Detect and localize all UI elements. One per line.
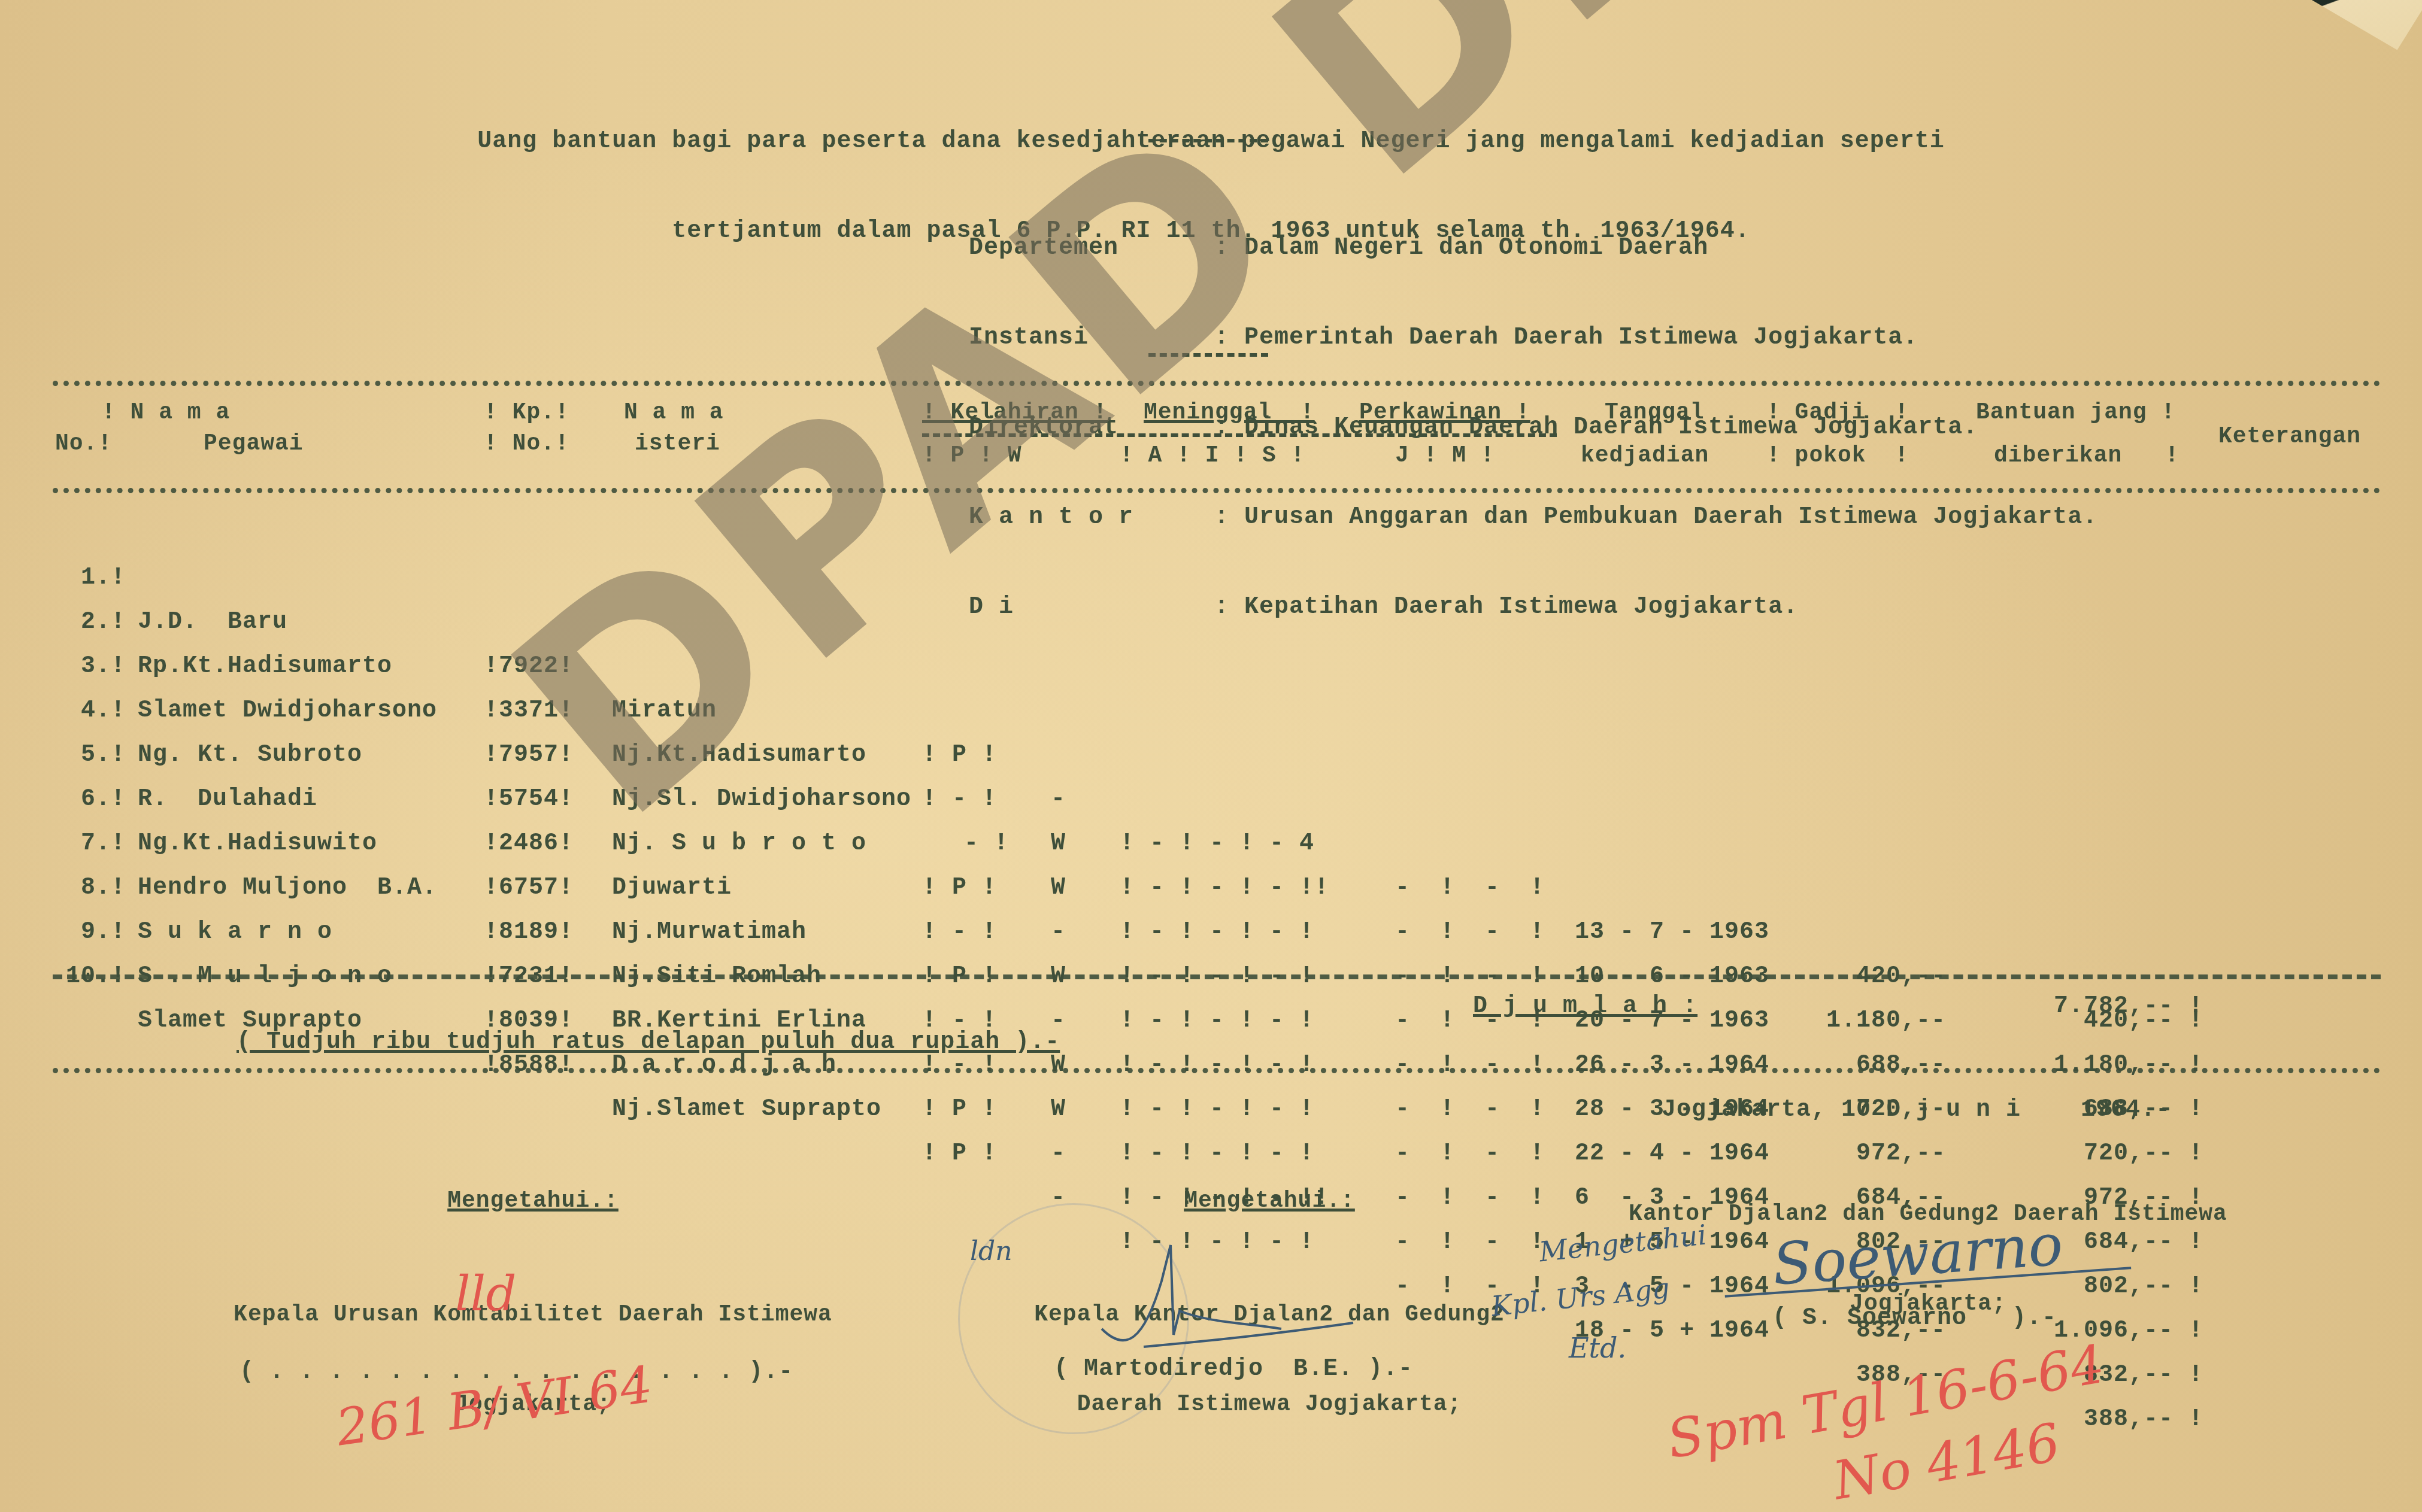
meta-row-departemen: Departemen : Dalam Negeri dan Otonomi Da… bbox=[969, 233, 2097, 263]
table-row: 4.! Ng. Kt. Subroto !5754! Nj. S u b r o… bbox=[0, 645, 2422, 689]
meta-value: : Pemerintah Daerah Daerah Istimewa Jogj… bbox=[1214, 323, 1918, 353]
table-row: 9.! S . M u l j o n o !8039! D a r o d j… bbox=[0, 866, 2422, 910]
header-nama-isteri-1: N a m a bbox=[624, 398, 724, 428]
header-sub-perkawinan: J ! M ! bbox=[1395, 441, 1495, 471]
header-meninggal: Meninggal ! bbox=[1144, 398, 1315, 428]
left-heading: Mengetahui.: bbox=[150, 1186, 916, 1216]
cell-kelahiran-w: W bbox=[1051, 1088, 1066, 1132]
meta-row-instansi: Instansi : Pemerintah Daerah Daerah Isti… bbox=[969, 323, 2097, 353]
place-date: Jogjakarta, 10 D j u n i 1964.- bbox=[1662, 1095, 2171, 1125]
table-bottom-rule bbox=[53, 974, 2381, 979]
right-handwritten-note-3: Etd. bbox=[1569, 1332, 1626, 1364]
middle-signature-icon bbox=[1090, 1239, 1365, 1353]
header-nama-isteri-2: isteri bbox=[635, 429, 720, 459]
middle-name: ( Martodiredjo B.E. ).- bbox=[1054, 1356, 1413, 1383]
header-keterangan: Keterangan bbox=[2218, 422, 2361, 452]
meta-label: Departemen bbox=[969, 233, 1214, 263]
cell-meninggal: ! - ! - ! - ! bbox=[1120, 1088, 1314, 1132]
header-gadji-1: ! Gadji ! bbox=[1766, 398, 1909, 428]
cell-meninggal: ! - ! - ! - ! bbox=[1120, 999, 1314, 1043]
table-top-rule bbox=[53, 381, 2381, 386]
total-in-words: ( Tudjuh ribu tudjuh ratus delapan puluh… bbox=[237, 1025, 1060, 1061]
cell-gadji: 1.180,-- bbox=[1772, 999, 1946, 1043]
header-kelahiran: ! Kelahiran ! bbox=[922, 398, 1107, 428]
table-row: 8.! S u k a r n o !7231! BR.Kertini Erli… bbox=[0, 822, 2422, 866]
totals-bottom-rule bbox=[53, 1068, 2381, 1073]
cell-kelahiran-p: ! P ! bbox=[922, 1088, 997, 1132]
header-perkawinan: Perkawinan ! bbox=[1359, 398, 1530, 428]
header-gadji-2: ! pokok ! bbox=[1766, 441, 1909, 471]
left-title-line-1: Kepala Urusan Komtabilitet Daerah Istime… bbox=[150, 1300, 916, 1330]
middle-title-line-2: Daerah Istimewa Jogjakarta; bbox=[970, 1390, 1569, 1420]
meta-divider bbox=[1148, 353, 1268, 357]
header-sub-kelahiran: ! P ! W bbox=[922, 441, 1022, 471]
header-kp-2: ! No.! bbox=[484, 429, 569, 459]
header-bantuan-1: Bantuan jang ! bbox=[1976, 398, 2175, 428]
table-row: 3.! Slamet Dwidjoharsono !7957! Nj.Sl. D… bbox=[0, 600, 2422, 645]
table-row: 10.! Slamet Suprapto !8588! Nj.Slamet Su… bbox=[0, 910, 2422, 955]
cell-tanggal: 26 - 3 - 1964 bbox=[1575, 1043, 1769, 1088]
cell-gadji: 688,-- bbox=[1772, 1043, 1946, 1088]
middle-initials-handwritten: ldn bbox=[970, 1236, 1013, 1267]
header-bantuan-2: diberikan ! bbox=[1994, 441, 2179, 471]
table-row: 2.! Rp.Kt.Hadisumarto !3371! Nj.Kt.Hadis… bbox=[0, 556, 2422, 600]
total-label: D j u m l a h : bbox=[1473, 989, 1697, 1025]
header-tanggal-2: kedjadian bbox=[1581, 441, 1709, 471]
cell-perkawinan: - ! - ! bbox=[1395, 1088, 1545, 1132]
table-row: 6.! Ng.Kt.Hadisuwito !6757! Nj.Murwatima… bbox=[0, 733, 2422, 778]
header-no: No.! bbox=[55, 429, 112, 459]
cell-perkawinan: - ! - ! bbox=[1395, 1043, 1545, 1088]
table-row: 7.! Hendro Muljono B.A. !8189! Nj.Siti R… bbox=[0, 778, 2422, 822]
header-nama-pegawai-1: ! N a m a bbox=[102, 398, 230, 428]
cell-isteri: Nj.Slamet Suprapto bbox=[612, 1088, 881, 1132]
header-nama-pegawai-2: Pegawai bbox=[204, 429, 304, 459]
meta-label: Instansi bbox=[969, 323, 1214, 353]
cell-meninggal: ! - ! - ! - ! bbox=[1120, 1043, 1314, 1088]
table-header: ! N a m a No.! Pegawai ! Kp.! ! No.! N a… bbox=[0, 398, 2422, 488]
meta-value: : Dalam Negeri dan Otonomi Daerah bbox=[1214, 233, 1708, 263]
table-row: 5.! R. Dulahadi !2486! Djuwarti ! - ! W … bbox=[0, 689, 2422, 733]
table-row: 1.! J.D. Baru !7922! Miratun ! P ! - ! -… bbox=[0, 512, 2422, 556]
header-kp-1: ! Kp.! bbox=[484, 398, 569, 428]
middle-heading: Mengetahui.: bbox=[970, 1186, 1569, 1216]
right-name: ( S. Soewarno ).- bbox=[1772, 1305, 2057, 1332]
header-sub-meninggal: ! A ! I ! S ! bbox=[1120, 441, 1305, 471]
title-divider bbox=[1148, 139, 1268, 142]
left-initials-handwritten: lld bbox=[455, 1266, 516, 1322]
header-group-underline bbox=[922, 433, 1557, 437]
total-value: 7.782,-- ! bbox=[1952, 989, 2203, 1025]
header-tanggal-1: Tanggal bbox=[1605, 398, 1705, 428]
cell-bantuan: 1.180,-- ! bbox=[1952, 1043, 2203, 1088]
header-bottom-rule bbox=[53, 488, 2381, 493]
